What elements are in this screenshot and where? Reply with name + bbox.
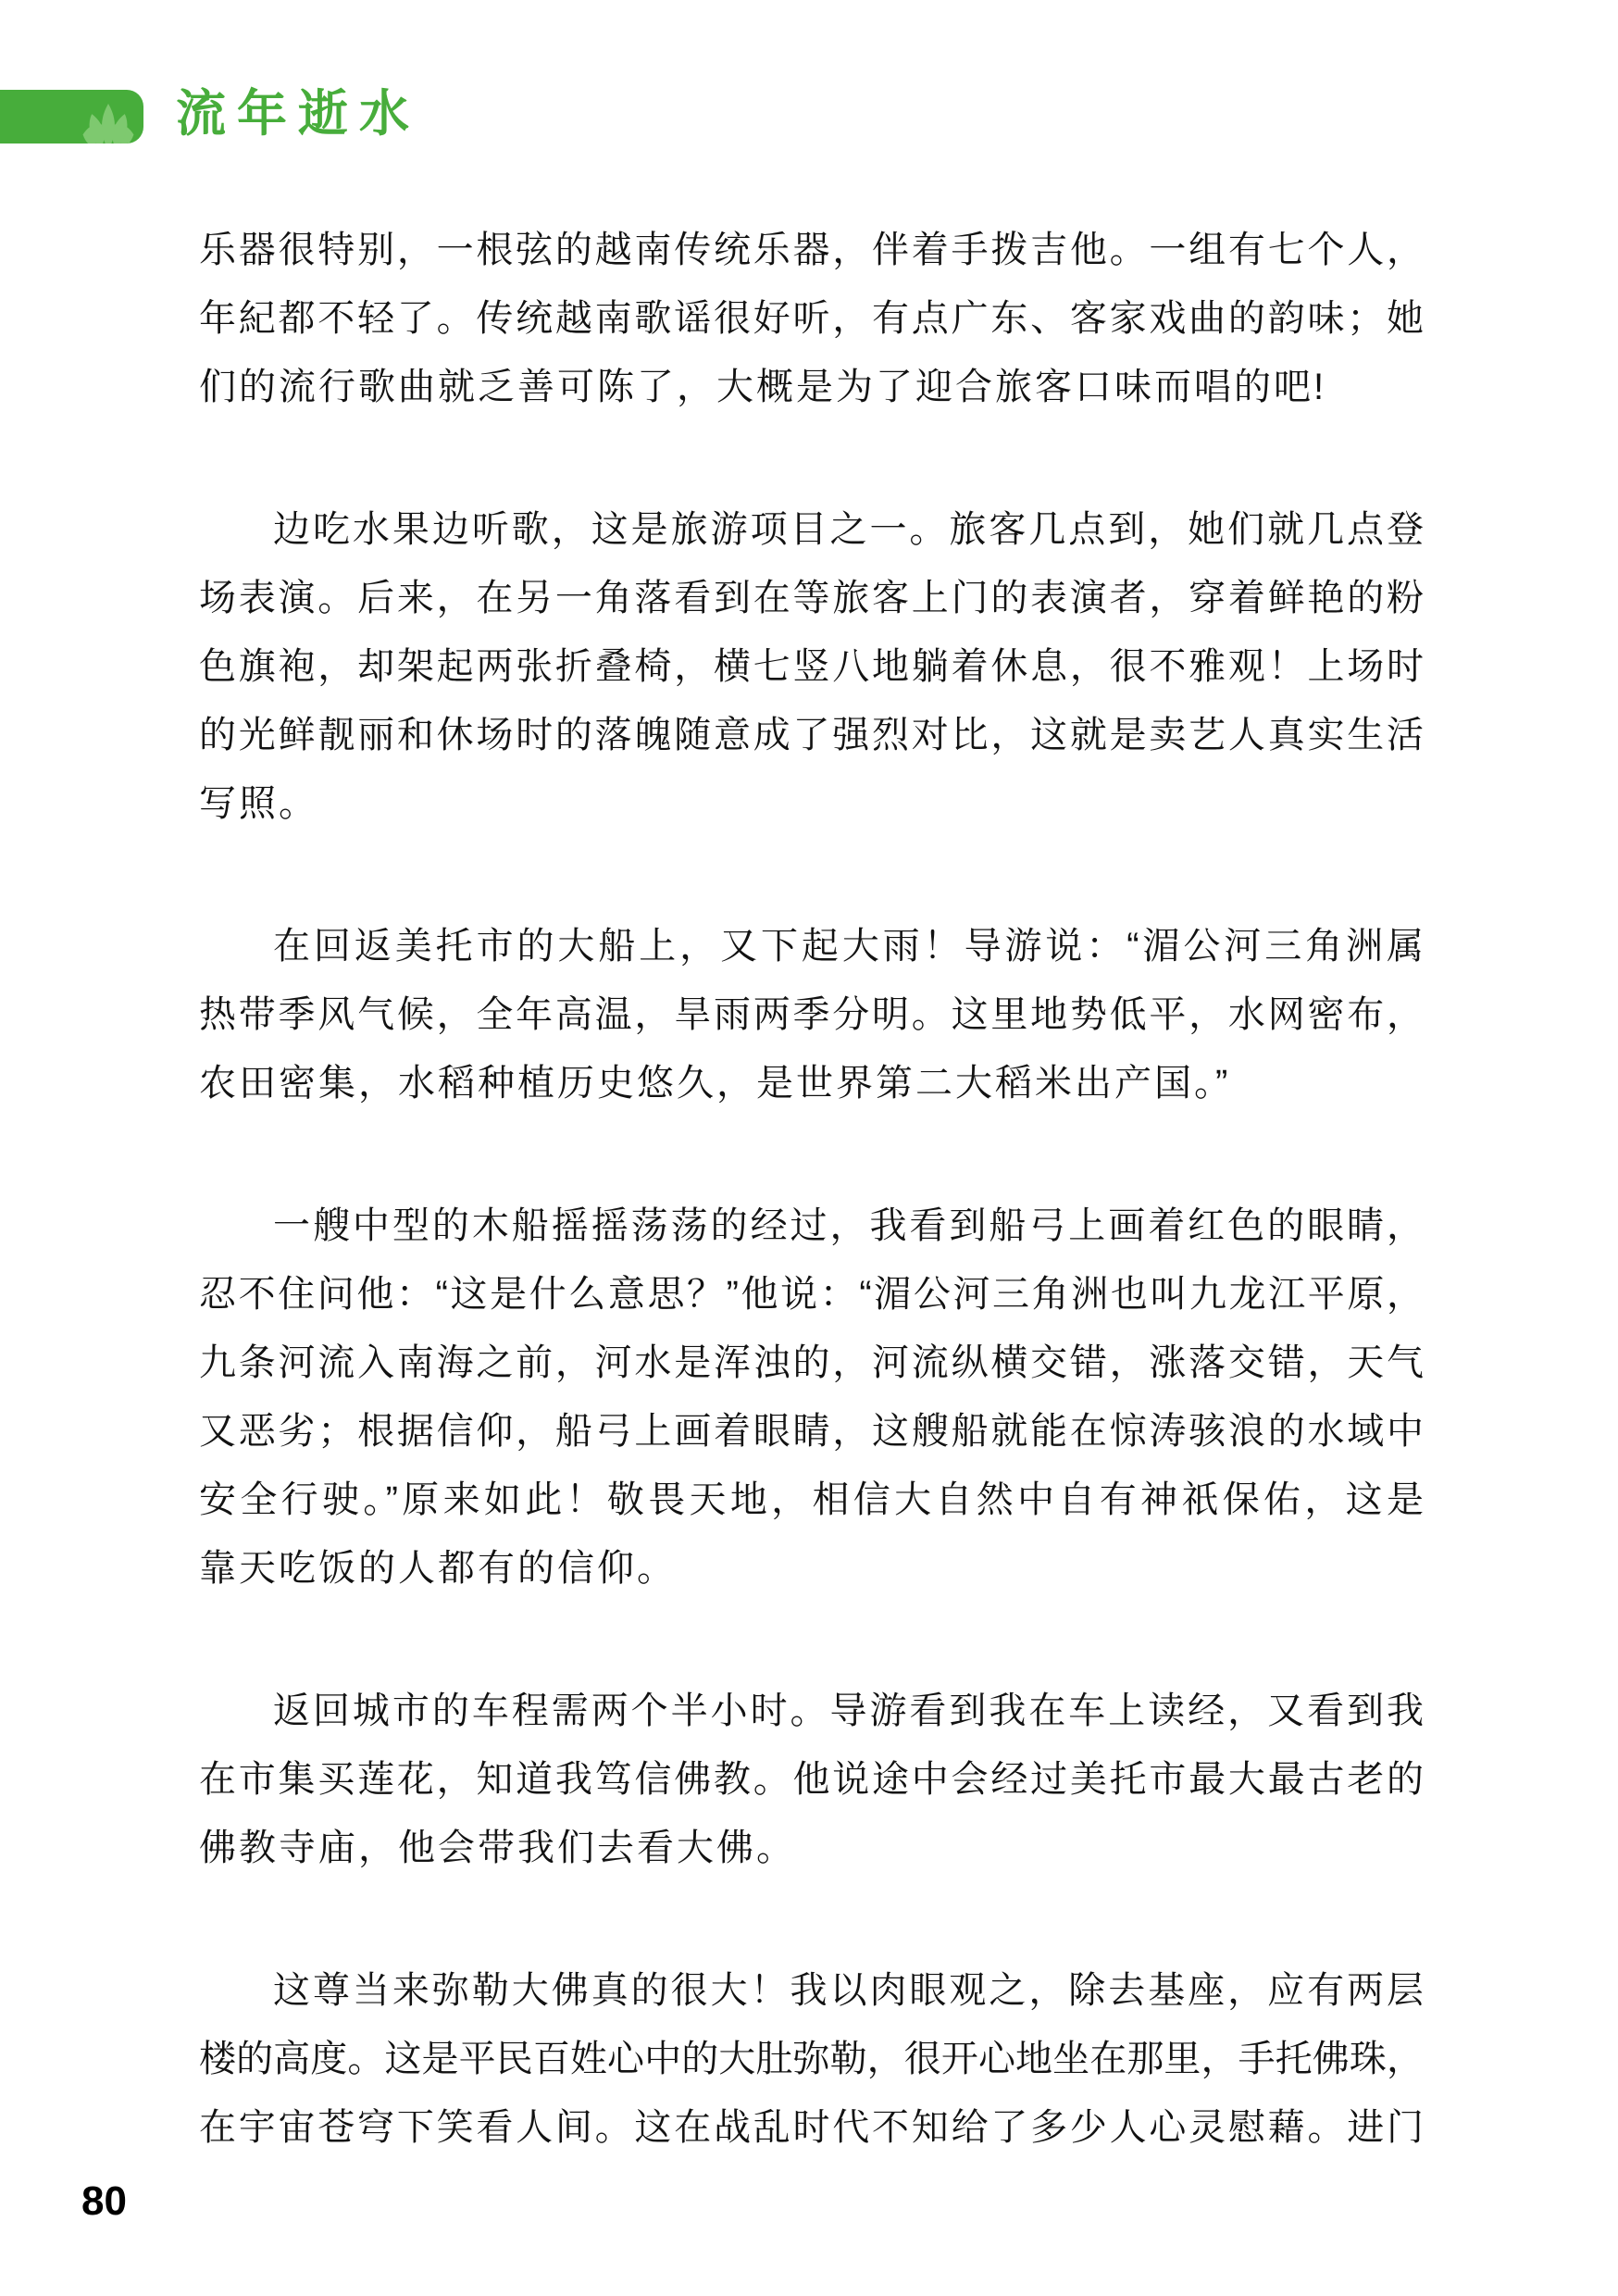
paragraph: 边吃水果边听歌，这是旅游项目之一。旅客几点到，她们就几点登场表演。后来，在另一角… <box>199 495 1424 838</box>
text-line: 忍不住问他：“这是什么意思？”他说：“湄公河三角洲也叫九龙江平原， <box>199 1260 1424 1329</box>
text-line: 在宇宙苍穹下笑看人间。这在战乱时代不知给了多少人心灵慰藉。进门 <box>199 2093 1424 2162</box>
paragraph: 一艘中型的木船摇摇荡荡的经过，我看到船弓上画着红色的眼睛，忍不住问他：“这是什么… <box>199 1192 1424 1603</box>
text-line: 楼的高度。这是平民百姓心中的大肚弥勒，很开心地坐在那里，手托佛珠， <box>199 2025 1424 2093</box>
text-line: 场表演。后来，在另一角落看到在等旅客上门的表演者，穿着鲜艳的粉 <box>199 564 1424 632</box>
text-line: 写照。 <box>199 769 1424 838</box>
text-line: 热带季风气候，全年高温，旱雨两季分明。这里地势低平，水网密布， <box>199 980 1424 1049</box>
header-accent-bar <box>0 90 143 143</box>
page-title: 流年逝水 <box>176 85 420 143</box>
page-number: 80 <box>81 2177 127 2226</box>
text-line: 这尊当来弥勒大佛真的很大！我以肉眼观之，除去基座，应有两层 <box>199 1956 1424 2025</box>
text-line: 年紀都不轻了。传统越南歌谣很好听，有点广东、客家戏曲的韵味；她 <box>199 284 1424 353</box>
paragraph: 乐器很特别，一根弦的越南传统乐器，伴着手拨吉他。一组有七个人，年紀都不轻了。传统… <box>199 216 1424 421</box>
paragraph: 返回城市的车程需两个半小时。导游看到我在车上读经，又看到我在市集买莲花，知道我笃… <box>199 1677 1424 1882</box>
text-line: 在回返美托市的大船上，又下起大雨！导游说：“湄公河三角洲属 <box>199 912 1424 980</box>
book-page: 流年逝水 乐器很特别，一根弦的越南传统乐器，伴着手拨吉他。一组有七个人，年紀都不… <box>0 0 1618 2296</box>
text-line: 色旗袍，却架起两张折叠椅，横七竖八地躺着休息，很不雅观！上场时 <box>199 632 1424 701</box>
article-body: 乐器很特别，一根弦的越南传统乐器，伴着手拨吉他。一组有七个人，年紀都不轻了。传统… <box>199 216 1424 2162</box>
text-line: 边吃水果边听歌，这是旅游项目之一。旅客几点到，她们就几点登 <box>199 495 1424 564</box>
text-line: 的光鲜靓丽和休场时的落魄随意成了强烈对比，这就是卖艺人真实生活 <box>199 701 1424 769</box>
text-line: 靠天吃饭的人都有的信仰。 <box>199 1534 1424 1603</box>
text-line: 在市集买莲花，知道我笃信佛教。他说途中会经过美托市最大最古老的 <box>199 1745 1424 1814</box>
text-line: 农田密集，水稻种植历史悠久，是世界第二大稻米出产国。” <box>199 1049 1424 1117</box>
text-line: 九条河流入南海之前，河水是浑浊的，河流纵横交错，涨落交错，天气 <box>199 1329 1424 1397</box>
text-line: 佛教寺庙，他会带我们去看大佛。 <box>199 1814 1424 1882</box>
paragraph: 在回返美托市的大船上，又下起大雨！导游说：“湄公河三角洲属热带季风气候，全年高温… <box>199 912 1424 1117</box>
text-line: 一艘中型的木船摇摇荡荡的经过，我看到船弓上画着红色的眼睛， <box>199 1192 1424 1260</box>
text-line: 乐器很特别，一根弦的越南传统乐器，伴着手拨吉他。一组有七个人， <box>199 216 1424 284</box>
text-line: 们的流行歌曲就乏善可陈了，大概是为了迎合旅客口味而唱的吧! <box>199 353 1424 421</box>
text-line: 返回城市的车程需两个半小时。导游看到我在车上读经，又看到我 <box>199 1677 1424 1745</box>
text-line: 安全行驶。”原来如此！敬畏天地，相信大自然中自有神祇保佑，这是 <box>199 1466 1424 1534</box>
lotus-icon <box>74 98 143 143</box>
paragraph: 这尊当来弥勒大佛真的很大！我以肉眼观之，除去基座，应有两层楼的高度。这是平民百姓… <box>199 1956 1424 2162</box>
text-line: 又恶劣；根据信仰，船弓上画着眼睛，这艘船就能在惊涛骇浪的水域中 <box>199 1397 1424 1466</box>
